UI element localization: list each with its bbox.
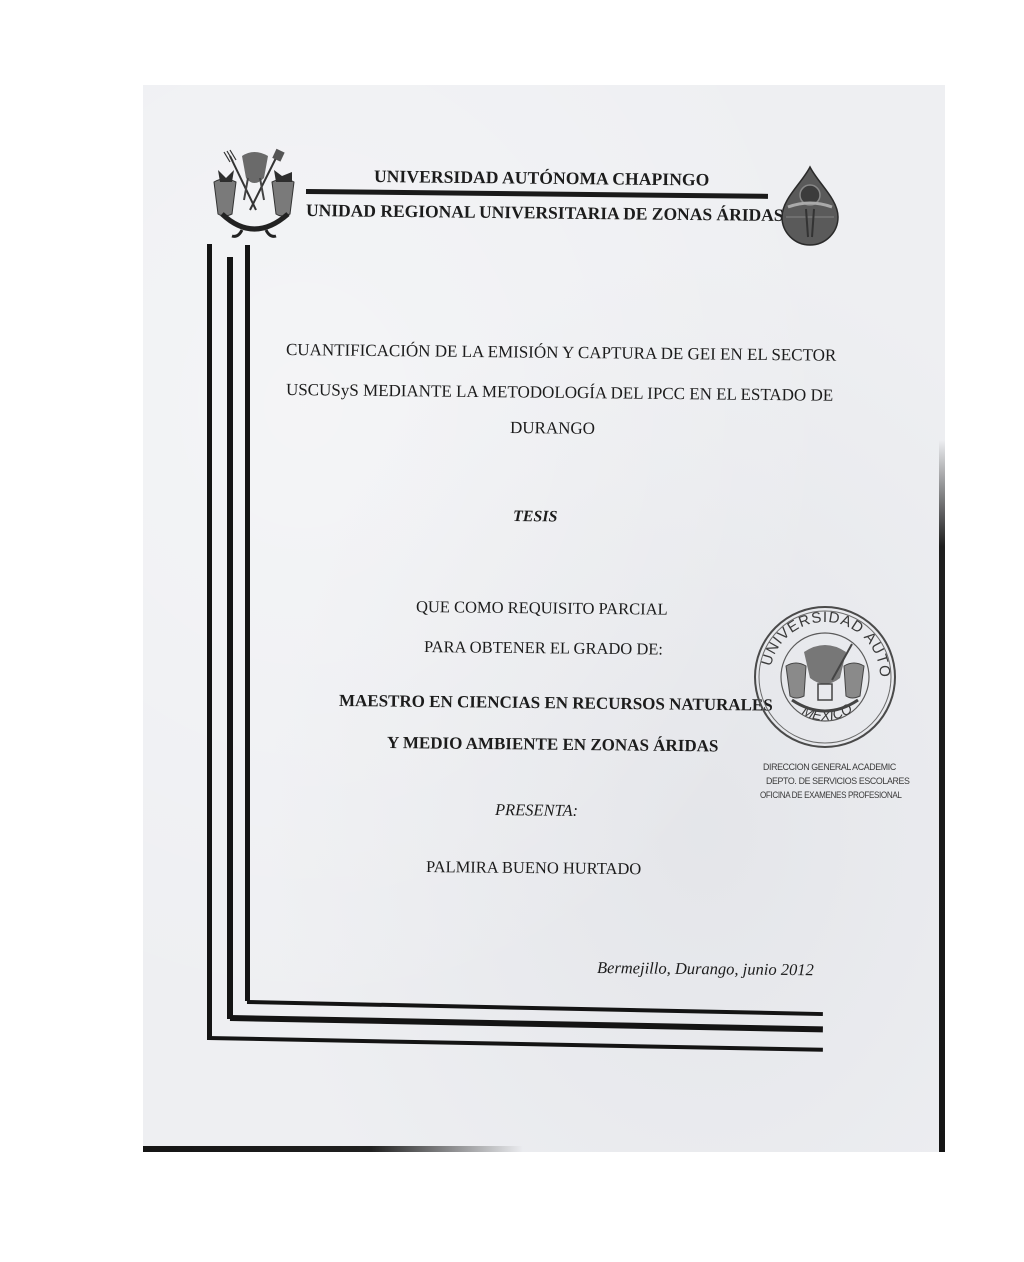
official-seal-stamp: UNIVERSIDAD AUTONOMA CHAPINGO MEXICO [752, 604, 898, 750]
requirement-line-1: QUE COMO REQUISITO PARCIAL [416, 597, 668, 620]
author-name: PALMIRA BUENO HURTADO [426, 857, 641, 879]
frame-line-outer-vertical [207, 244, 212, 1040]
requirement-line-2: PARA OBTENER EL GRADO DE: [424, 637, 663, 660]
place-and-date: Bermejillo, Durango, junio 2012 [597, 958, 814, 980]
institution-name: UNIVERSIDAD AUTÓNOMA CHAPINGO [374, 166, 710, 191]
thesis-title-line-3: DURANGO [510, 418, 595, 439]
scan-shadow-right [939, 440, 945, 1152]
stamp-caption-line-2: DEPTO. DE SERVICIOS ESCOLARES [766, 776, 910, 787]
document-type: TESIS [513, 508, 558, 526]
uruza-water-drop-icon [778, 165, 842, 245]
scan-shadow-bottom [143, 1146, 523, 1152]
chapingo-crest-icon [208, 148, 300, 240]
stamp-caption-line-1: DIRECCION GENERAL ACADEMIC [763, 762, 896, 773]
presenta-label: PRESENTA: [495, 800, 578, 821]
frame-line-middle-vertical [227, 257, 233, 1019]
frame-line-inner-vertical [245, 245, 250, 1001]
stamp-caption-line-3: OFICINA DE EXAMENES PROFESIONAL [760, 790, 902, 800]
degree-line-2: Y MEDIO AMBIENTE EN ZONAS ÁRIDAS [387, 733, 719, 756]
